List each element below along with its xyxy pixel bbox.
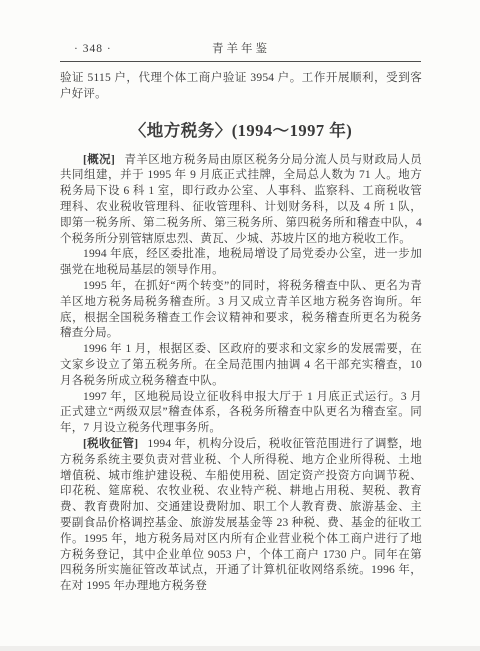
book-title: 青羊年鉴	[60, 42, 422, 57]
section-title: 〈地方税务〉(1994～1997 年)	[60, 117, 422, 141]
running-header: · 348 · 青羊年鉴	[60, 42, 422, 57]
body-text: 验证 5115 户，代理个体工商户验证 3954 户。工作开展顺利，受到客户好评…	[60, 71, 422, 595]
page-content: · 348 · 青羊年鉴 验证 5115 户，代理个体工商户验证 3954 户。…	[0, 0, 480, 595]
header-rule	[60, 61, 421, 62]
paragraph-text: 青羊区地方税务局由原区税务分局分流人员与财政局人员共同组建，并于 1995 年 …	[60, 154, 422, 245]
paragraph-1996: 1996 年 1 月，根据区委、区政府的要求和文家乡的发展需要，在文家乡设立了第…	[60, 342, 422, 389]
paragraph-text: 1995 年，在抓好“两个转变”的同时，将税务稽查中队、更名为青羊区地方税务局税…	[60, 280, 422, 339]
paragraph-1994: 1994 年底，经区委批准，地税局增设了局党委办公室，进一步加强党在地税局基层的…	[60, 247, 422, 279]
paragraph-text: 1997 年，区地税局设立征收科申报大厅于 1 月底正式运行。3 月正式建立“两…	[60, 391, 422, 435]
paragraph-1997: 1997 年，区地税局设立征收科申报大厅于 1 月底正式运行。3 月正式建立“两…	[60, 390, 422, 437]
paragraph-label-overview: [概况]	[83, 154, 115, 166]
paragraph-tax-collection: [税收征管]1994 年，机构分设后，税收征管范围进行了调整，地方税务系统主要负…	[60, 437, 422, 595]
paragraph-text: 1994 年，机构分设后，税收征管范围进行了调整，地方税务系统主要负责对营业税、…	[60, 438, 422, 592]
paragraph-text: 1994 年底，经区委批准，地税局增设了局党委办公室，进一步加强党在地税局基层的…	[60, 248, 422, 276]
continuation-paragraph: 验证 5115 户，代理个体工商户验证 3954 户。工作开展顺利，受到客户好评…	[60, 71, 422, 103]
paragraph-label-tax-collection: [税收征管]	[83, 438, 138, 450]
yearbook-page: · 348 · 青羊年鉴 验证 5115 户，代理个体工商户验证 3954 户。…	[0, 0, 480, 651]
paragraph-1995: 1995 年，在抓好“两个转变”的同时，将税务稽查中队、更名为青羊区地方税务局税…	[60, 279, 422, 342]
paragraph-text: 1996 年 1 月，根据区委、区政府的要求和文家乡的发展需要，在文家乡设立了第…	[60, 343, 422, 387]
paragraph-overview: [概况]青羊区地方税务局由原区税务分局分流人员与财政局人员共同组建，并于 199…	[60, 153, 422, 248]
